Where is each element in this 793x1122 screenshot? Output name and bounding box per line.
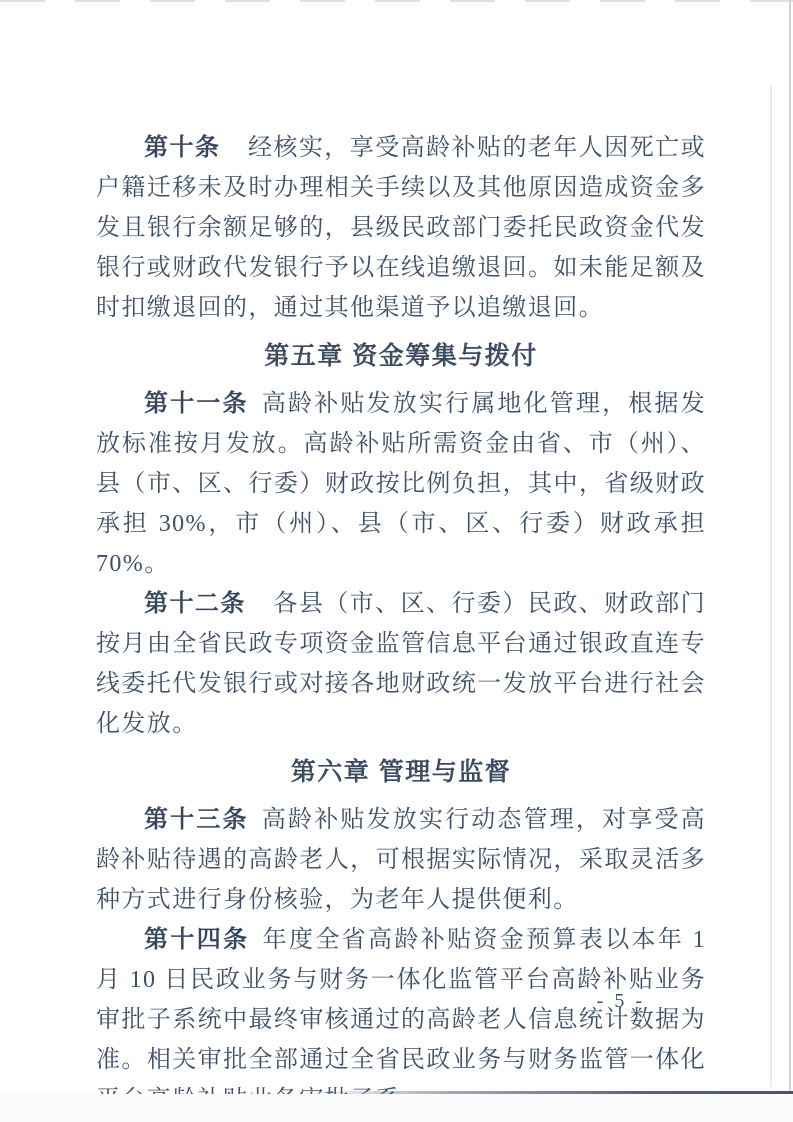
page-number: - 5 - [597, 990, 645, 1013]
article-paragraph-12: 第十二条各县（市、区、行委）民政、财政部门按月由全省民政专项资金监管信息平台通过… [96, 584, 706, 744]
chapter-heading-5: 第五章 资金筹集与拨付 [96, 334, 706, 378]
document-body: 第十条经核实，享受高龄补贴的老年人因死亡或户籍迁移未及时办理相关手续以及其他原因… [96, 128, 706, 1120]
article-paragraph-10: 第十条经核实，享受高龄补贴的老年人因死亡或户籍迁移未及时办理相关手续以及其他原因… [96, 128, 706, 328]
article-paragraph-14: 第十四条年度全省高龄补贴资金预算表以本年 1 月 10 日民政业务与财务一体化监… [96, 920, 706, 1120]
scan-artifact-bottom-line [300, 1091, 793, 1094]
article-text-10: 经核实，享受高龄补贴的老年人因死亡或户籍迁移未及时办理相关手续以及其他原因造成资… [96, 135, 706, 321]
article-text-14: 年度全省高龄补贴资金预算表以本年 1 月 10 日民政业务与财务一体化监管平台高… [96, 927, 706, 1113]
article-number-13: 第十三条 [144, 807, 249, 833]
scan-artifact-vertical-line-blue [770, 85, 772, 1087]
article-paragraph-11: 第十一条高龄补贴发放实行属地化管理，根据发放标准按月发放。高龄补贴所需资金由省、… [96, 384, 706, 584]
scan-artifact-top-edge [0, 0, 793, 2]
article-number-14: 第十四条 [144, 927, 249, 953]
article-number-10: 第十条 [144, 135, 220, 161]
article-text-11: 高龄补贴发放实行属地化管理，根据发放标准按月发放。高龄补贴所需资金由省、市（州）… [96, 391, 706, 577]
scan-artifact-bottom-area [0, 1094, 793, 1122]
article-paragraph-13: 第十三条高龄补贴发放实行动态管理，对享受高龄补贴待遇的高龄老人，可根据实际情况，… [96, 800, 706, 920]
chapter-heading-6: 第六章 管理与监督 [96, 750, 706, 794]
article-number-11: 第十一条 [144, 391, 249, 417]
scanned-document-page: 第十条经核实，享受高龄补贴的老年人因死亡或户籍迁移未及时办理相关手续以及其他原因… [0, 0, 793, 1122]
scan-artifact-vertical-line-gray [789, 0, 791, 1122]
article-number-12: 第十二条 [144, 591, 246, 617]
